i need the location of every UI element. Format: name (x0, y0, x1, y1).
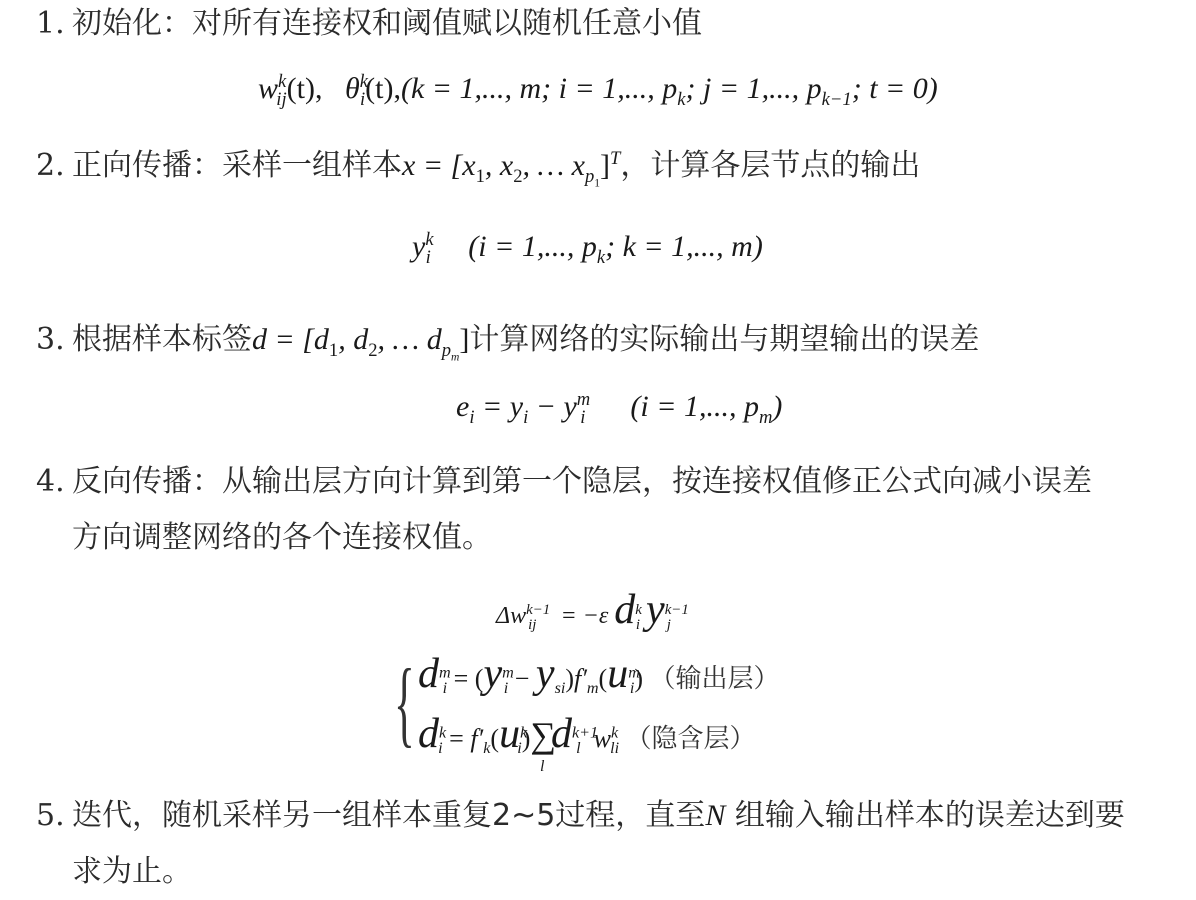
sub: k (597, 247, 605, 268)
eq: = −ε (554, 603, 614, 629)
step-text: 方向调整网络的各个连接权值。 (72, 520, 492, 555)
w-symbol: w (594, 724, 611, 753)
eq: ) (565, 664, 574, 693)
sub: p (442, 340, 451, 361)
step-text: ，计算各层节点的输出 (620, 148, 920, 183)
range: ) (772, 390, 782, 423)
sub: m (587, 680, 599, 697)
step-5-continuation: 求为止。 (72, 852, 192, 892)
step-number: 4. (36, 462, 72, 502)
sub: k−1 (822, 89, 852, 110)
y-symbol: y (536, 651, 555, 697)
sup: k−1 (665, 602, 689, 618)
sub: li (610, 740, 619, 757)
d-symbol: d (614, 587, 635, 633)
eq: − (508, 664, 536, 693)
sub: 1 (476, 166, 485, 187)
y-symbol: y (412, 230, 425, 263)
sup: k−1 (526, 602, 550, 618)
left-brace: { (394, 648, 415, 758)
range: ; t = 0) (852, 72, 938, 105)
hidden-layer-label: （隐含层） (626, 724, 756, 754)
vec: , x (485, 149, 513, 182)
eq: ( (599, 664, 608, 693)
theta-symbol: θ (345, 72, 360, 105)
step-number: 3. (36, 320, 72, 360)
eq: = y (475, 390, 524, 423)
d-symbol: d (418, 711, 439, 757)
step-text: 求为止。 (72, 854, 192, 889)
step-3-heading: 3.根据样本标签d = [d1, d2, … dpm]计算网络的实际输出与期望输… (36, 320, 979, 360)
sub: j (667, 617, 671, 633)
sub: i (426, 247, 431, 268)
d-symbol: d (551, 711, 572, 757)
vec: , … d (378, 323, 442, 356)
y-symbol: y (646, 587, 665, 633)
f-prime-symbol: f′ (470, 724, 483, 753)
e-symbol: e (456, 390, 469, 423)
step-text: 正向传播：采样一组样本 (72, 148, 402, 183)
step-4-heading: 4.反向传播：从输出层方向计算到第一个隐层，按连接权值修正公式向减小误差 (36, 462, 1092, 502)
sup: k (635, 602, 642, 618)
step-number: 1. (36, 4, 72, 44)
step-number: 2. (36, 146, 72, 186)
range: ; j = 1,..., p (686, 72, 822, 105)
sample-vector: x = [x1, x2, … xp1]T (402, 149, 620, 182)
range: (i = 1,..., p (630, 390, 759, 423)
vec: d = [d (252, 323, 329, 356)
sup: T (610, 148, 620, 169)
step-5-heading: 5.迭代，随机采样另一组样本重复2~5过程，直至N 组输入输出样本的误差达到要 (36, 796, 1125, 836)
step-text: 根据样本标签 (72, 322, 252, 357)
step-2-heading: 2.正向传播：采样一组样本x = [x1, x2, … xp1]T，计算各层节点… (36, 146, 920, 186)
sub: si (555, 680, 566, 697)
range: (k = 1,..., m; i = 1,..., p (401, 72, 677, 105)
range: (i = 1,..., p (468, 230, 597, 263)
step-text: 反向传播：从输出层方向计算到第一个隐层，按连接权值修正公式向减小误差 (72, 464, 1092, 499)
step-number: 5. (36, 796, 72, 836)
vec: ] (459, 323, 469, 356)
sup: k (611, 724, 618, 741)
arg: (t), (365, 72, 401, 105)
vec: x = [x (402, 149, 476, 182)
output-layer-label: （输出层） (650, 664, 780, 694)
step-4-continuation: 方向调整网络的各个连接权值。 (72, 518, 492, 558)
vec: , d (338, 323, 368, 356)
y-symbol: y (483, 651, 502, 697)
eq: = ( (447, 664, 483, 693)
eq: ) (634, 664, 643, 693)
init-formula: wkij(t), θki(t),(k = 1,..., m; i = 1,...… (258, 72, 938, 106)
step-1-heading: 1.初始化：对所有连接权和阈值赋以随机任意小值 (36, 4, 702, 44)
sub: 2 (368, 340, 377, 361)
eq: ( (490, 724, 499, 753)
range: ; k = 1,..., m) (605, 230, 763, 263)
u-symbol: u (607, 651, 628, 697)
sub: k (677, 89, 685, 110)
step-text: 计算网络的实际输出与期望输出的误差 (469, 322, 979, 357)
n-symbol: N (705, 799, 725, 832)
vec: , … x (522, 149, 585, 182)
sub: p (585, 166, 594, 187)
sub: i (636, 617, 640, 633)
forward-formula: yki (i = 1,..., pk; k = 1,..., m) (412, 230, 763, 264)
delta-w-formula: Δwk−1ij = −ε dki yk−1j (496, 586, 671, 634)
step-text: 组输入输出样本的误差达到要 (725, 798, 1125, 833)
d-symbol: d (418, 651, 439, 697)
eq: = (443, 724, 471, 753)
label-vector: d = [d1, d2, … dpm] (252, 323, 469, 356)
sub: 1 (329, 340, 338, 361)
error-formula: ei = yi − ymi (i = 1,..., pm) (456, 390, 782, 424)
output-layer-formula: dmi = (ymi − ysi)f′m(umi) （输出层） (418, 650, 780, 698)
weight-symbol: w (258, 72, 278, 105)
sub: ij (528, 617, 536, 633)
sub: ij (276, 89, 286, 110)
step-text: 迭代，随机采样另一组样本重复2~5过程，直至 (72, 798, 705, 833)
f-prime-symbol: f′ (574, 664, 587, 693)
eq: − y (528, 390, 577, 423)
vec: ] (600, 149, 610, 182)
sub: m (759, 407, 772, 428)
step-text: 初始化：对所有连接权和阈值赋以随机任意小值 (72, 6, 702, 41)
arg: (t), (287, 72, 323, 105)
sub: i (580, 407, 585, 428)
delta-w-symbol: Δw (496, 603, 526, 629)
sub: l (576, 740, 580, 757)
hidden-layer-formula: dki = f′k(uki)∑l dk+1l wkli （隐含层） (418, 710, 756, 758)
sub: l (540, 758, 544, 775)
